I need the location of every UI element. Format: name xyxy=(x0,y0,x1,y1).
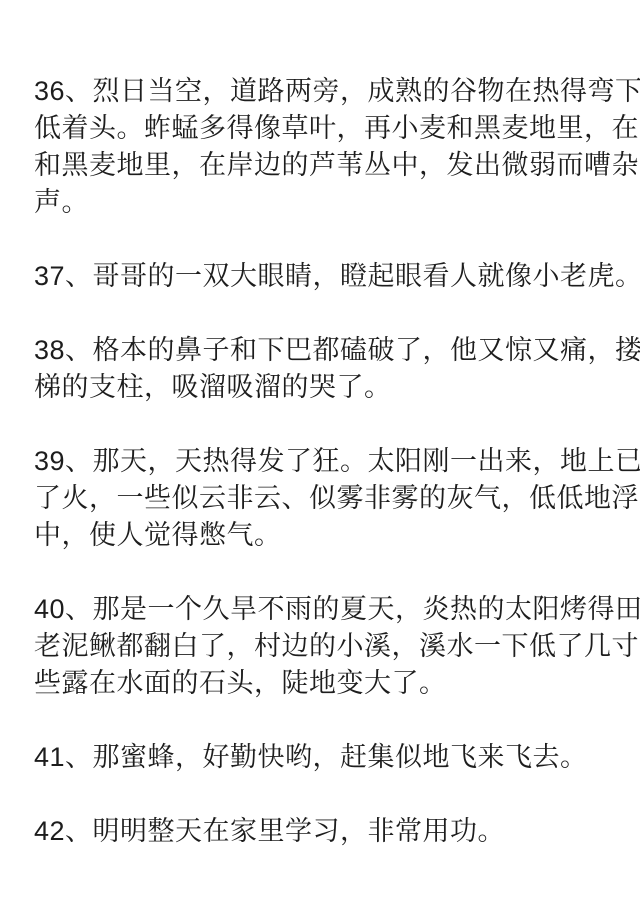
sentence-item-39: 39、那天，天热得发了狂。太阳刚一出来，地上已经着 了火，一些似云非云、似雾非雾… xyxy=(34,443,606,554)
sentence-line: 41、那蜜蜂，好勤快哟，赶集似地飞来飞去。 xyxy=(34,739,606,776)
sentence-line: 37、哥哥的一双大眼睛，瞪起眼看人就像小老虎。 xyxy=(34,258,606,295)
sentence-item-36: 36、烈日当空，道路两旁，成熟的谷物在热得弯下腰， 低着头。蚱蜢多得像草叶，再小… xyxy=(34,73,606,221)
sentence-line: 声。 xyxy=(34,184,606,221)
sentence-line: 39、那天，天热得发了狂。太阳刚一出来，地上已经着 xyxy=(34,443,606,480)
sentence-line: 40、那是一个久旱不雨的夏天，炎热的太阳烤得田里的 xyxy=(34,591,606,628)
sentence-item-37: 37、哥哥的一双大眼睛，瞪起眼看人就像小老虎。 xyxy=(34,258,606,295)
sentence-line: 36、烈日当空，道路两旁，成熟的谷物在热得弯下腰， xyxy=(34,73,606,110)
sentence-item-42: 42、明明整天在家里学习，非常用功。 xyxy=(34,813,606,850)
sentence-line: 低着头。蚱蜢多得像草叶，再小麦和黑麦地里，在小麦 xyxy=(34,110,606,147)
sentence-item-41: 41、那蜜蜂，好勤快哟，赶集似地飞来飞去。 xyxy=(34,739,606,776)
sentence-line: 梯的支柱，吸溜吸溜的哭了。 xyxy=(34,369,606,406)
sentence-item-40: 40、那是一个久旱不雨的夏天，炎热的太阳烤得田里的 老泥鳅都翻白了，村边的小溪，… xyxy=(34,591,606,702)
sentence-line: 和黑麦地里，在岸边的芦苇丛中，发出微弱而嘈杂的鸣 xyxy=(34,147,606,184)
sentence-line: 42、明明整天在家里学习，非常用功。 xyxy=(34,813,606,850)
document-page: 36、烈日当空，道路两旁，成熟的谷物在热得弯下腰， 低着头。蚱蜢多得像草叶，再小… xyxy=(0,0,640,905)
sentence-item-38: 38、格本的鼻子和下巴都磕破了，他又惊又痛，搂着滑 梯的支柱，吸溜吸溜的哭了。 xyxy=(34,332,606,406)
sentence-line: 老泥鳅都翻白了，村边的小溪，溪水一下低了几寸，那 xyxy=(34,628,606,665)
sentence-line: 中，使人觉得憋气。 xyxy=(34,517,606,554)
sentence-line: 些露在水面的石头，陡地变大了。 xyxy=(34,665,606,702)
sentence-line: 了火，一些似云非云、似雾非雾的灰气，低低地浮在空 xyxy=(34,480,606,517)
sentence-list: 36、烈日当空，道路两旁，成熟的谷物在热得弯下腰， 低着头。蚱蜢多得像草叶，再小… xyxy=(0,0,640,850)
sentence-line: 38、格本的鼻子和下巴都磕破了，他又惊又痛，搂着滑 xyxy=(34,332,606,369)
